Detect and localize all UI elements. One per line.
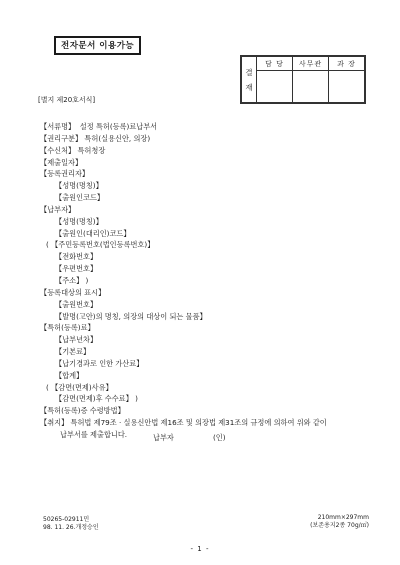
footer-right: 210mm×297mm (보존용지2종 70g/㎡)	[310, 514, 369, 530]
form-field-line: ( 【감면(면제)사유】	[40, 382, 378, 394]
approval-column-gwajang: 과 장	[329, 56, 366, 71]
footer-paper-spec: (보존용지2종 70g/㎡)	[310, 522, 369, 530]
approval-stamp-table: 결재 담 당 사무관 과 장	[240, 55, 366, 104]
form-field-line: 【성명(명칭)】	[40, 180, 378, 192]
form-field-line: 【전화번호】	[40, 251, 378, 263]
form-field-line: 【출원인코드】	[40, 192, 378, 204]
document-page: 전자문서 이용가능 결재 담 당 사무관 과 장 [별지 제20호서식] 【서류…	[0, 0, 400, 565]
signature-seal-placeholder: (인)	[213, 433, 226, 443]
footer-revision-date: 98. 11. 26.개정승인	[43, 524, 99, 532]
form-field-line: 【우편번호】	[40, 263, 378, 275]
approval-stamp-label: 결재	[241, 56, 257, 103]
form-field-line: 【등록권리자】	[40, 168, 378, 180]
signature-payer-label: 납부자	[153, 433, 174, 443]
form-field-line: 【등록대상의 표시】	[40, 287, 378, 299]
form-field-line: 【주소】 )	[40, 275, 378, 287]
footer-left: 50265-02911민 98. 11. 26.개정승인	[43, 516, 99, 532]
form-field-line: 【발명(고안)의 명칭, 의장의 대상이 되는 물품】	[40, 311, 378, 323]
page-number: - 1 -	[0, 545, 400, 553]
form-field-line: 【성명(명칭)】	[40, 216, 378, 228]
form-field-line: 【합계】	[40, 370, 378, 382]
form-field-line: 【제출일자】	[40, 157, 378, 169]
footer-paper-size: 210mm×297mm	[310, 514, 369, 522]
approval-column-samugwan: 사무관	[293, 56, 329, 71]
approval-signature-cell	[257, 71, 293, 104]
approval-column-damdang: 담 당	[257, 56, 293, 71]
electronic-document-badge: 전자문서 이용가능	[54, 36, 141, 55]
footer-doc-number: 50265-02911민	[43, 516, 99, 524]
form-reference: [별지 제20호서식]	[38, 95, 95, 105]
form-field-line: 【특허(등록)료】	[40, 322, 378, 334]
form-body: 【서류명】 설정 특허(등록)료납부서【권리구분】 특허(실용신안, 의장)【수…	[40, 121, 378, 441]
approval-signature-cell	[293, 71, 329, 104]
form-field-line: 【출원인(대리인)코드】	[40, 228, 378, 240]
form-field-line: 【납부년차】	[40, 334, 378, 346]
form-field-line: 【감면(면제)후 수수료】 )	[40, 393, 378, 405]
form-field-line: 【납기경과로 인한 가산료】	[40, 358, 378, 370]
form-field-line: 【권리구분】 특허(실용신안, 의장)	[40, 133, 378, 145]
form-field-line: ( 【주민등록번호(법인등록번호)】	[40, 239, 378, 251]
form-field-line: 【납부자】	[40, 204, 378, 216]
form-field-line: 【출원번호】	[40, 299, 378, 311]
form-field-line: 【서류명】 설정 특허(등록)료납부서	[40, 121, 378, 133]
form-field-line: 【수신처】 특허청장	[40, 145, 378, 157]
approval-signature-cell	[329, 71, 366, 104]
form-field-line: 【취지】 특허법 제79조 · 실용신안법 제16조 및 의장법 제31조의 규…	[40, 417, 378, 429]
form-field-line: 【특허(등록)증 수령방법】	[40, 405, 378, 417]
form-field-line: 【기본료】	[40, 346, 378, 358]
signature-line: 납부자 (인)	[0, 433, 400, 445]
